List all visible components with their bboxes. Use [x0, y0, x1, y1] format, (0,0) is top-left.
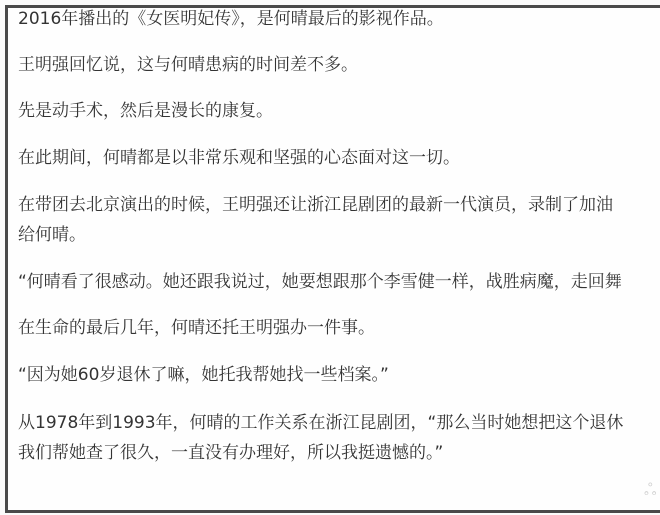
- paragraph-3: 先是动手术，然后是漫长的康复。: [18, 96, 273, 126]
- paragraph-1: 2016年播出的《女医明妃传》，是何晴最后的影视作品。: [18, 5, 444, 34]
- paragraph-line: 2016年播出的《女医明妃传》，是何晴最后的影视作品。: [18, 5, 444, 34]
- paragraph-2: 王明强回忆说，这与何晴患病的时间差不多。: [18, 50, 358, 80]
- paragraph-line: 王明强回忆说，这与何晴患病的时间差不多。: [18, 50, 358, 80]
- paragraph-8: “因为她60岁退休了嘛，她托我帮她找一些档案。”: [18, 360, 389, 390]
- paragraph-line: 在带团去北京演出的时候，王明强还让浙江昆剧团的最新一代演员，录制了加油: [18, 190, 613, 220]
- paragraph-9: 从1978年到1993年，何晴的工作关系在浙江昆剧团，“那么当时她想把这个退休 …: [18, 408, 623, 468]
- paragraph-line: 在此期间，何晴都是以非常乐观和坚强的心态面对这一切。: [18, 143, 460, 173]
- paragraph-line: 在生命的最后几年，何晴还托王明强办一件事。: [18, 313, 375, 343]
- paragraph-6: “何晴看了很感动。她还跟我说过，她要想跟那个李雪健一样，战胜病魔，走回舞: [18, 267, 622, 297]
- paragraph-7: 在生命的最后几年，何晴还托王明强办一件事。: [18, 313, 375, 343]
- article-text-box: 2016年播出的《女医明妃传》，是何晴最后的影视作品。 王明强回忆说，这与何晴患…: [5, 5, 660, 513]
- paragraph-line: 我们帮她查了很久，一直没有办理好，所以我挺遗憾的。”: [18, 438, 623, 468]
- paragraph-5: 在带团去北京演出的时候，王明强还让浙江昆剧团的最新一代演员，录制了加油 给何晴。: [18, 190, 613, 250]
- paragraph-line: 从1978年到1993年，何晴的工作关系在浙江昆剧团，“那么当时她想把这个退休: [18, 408, 623, 438]
- watermark-logo-icon: ஃ: [644, 479, 658, 501]
- paragraph-line: 给何晴。: [18, 220, 613, 250]
- paragraph-line: “何晴看了很感动。她还跟我说过，她要想跟那个李雪健一样，战胜病魔，走回舞: [18, 267, 622, 297]
- paragraph-line: “因为她60岁退休了嘛，她托我帮她找一些档案。”: [18, 360, 389, 390]
- paragraph-4: 在此期间，何晴都是以非常乐观和坚强的心态面对这一切。: [18, 143, 460, 173]
- paragraph-line: 先是动手术，然后是漫长的康复。: [18, 96, 273, 126]
